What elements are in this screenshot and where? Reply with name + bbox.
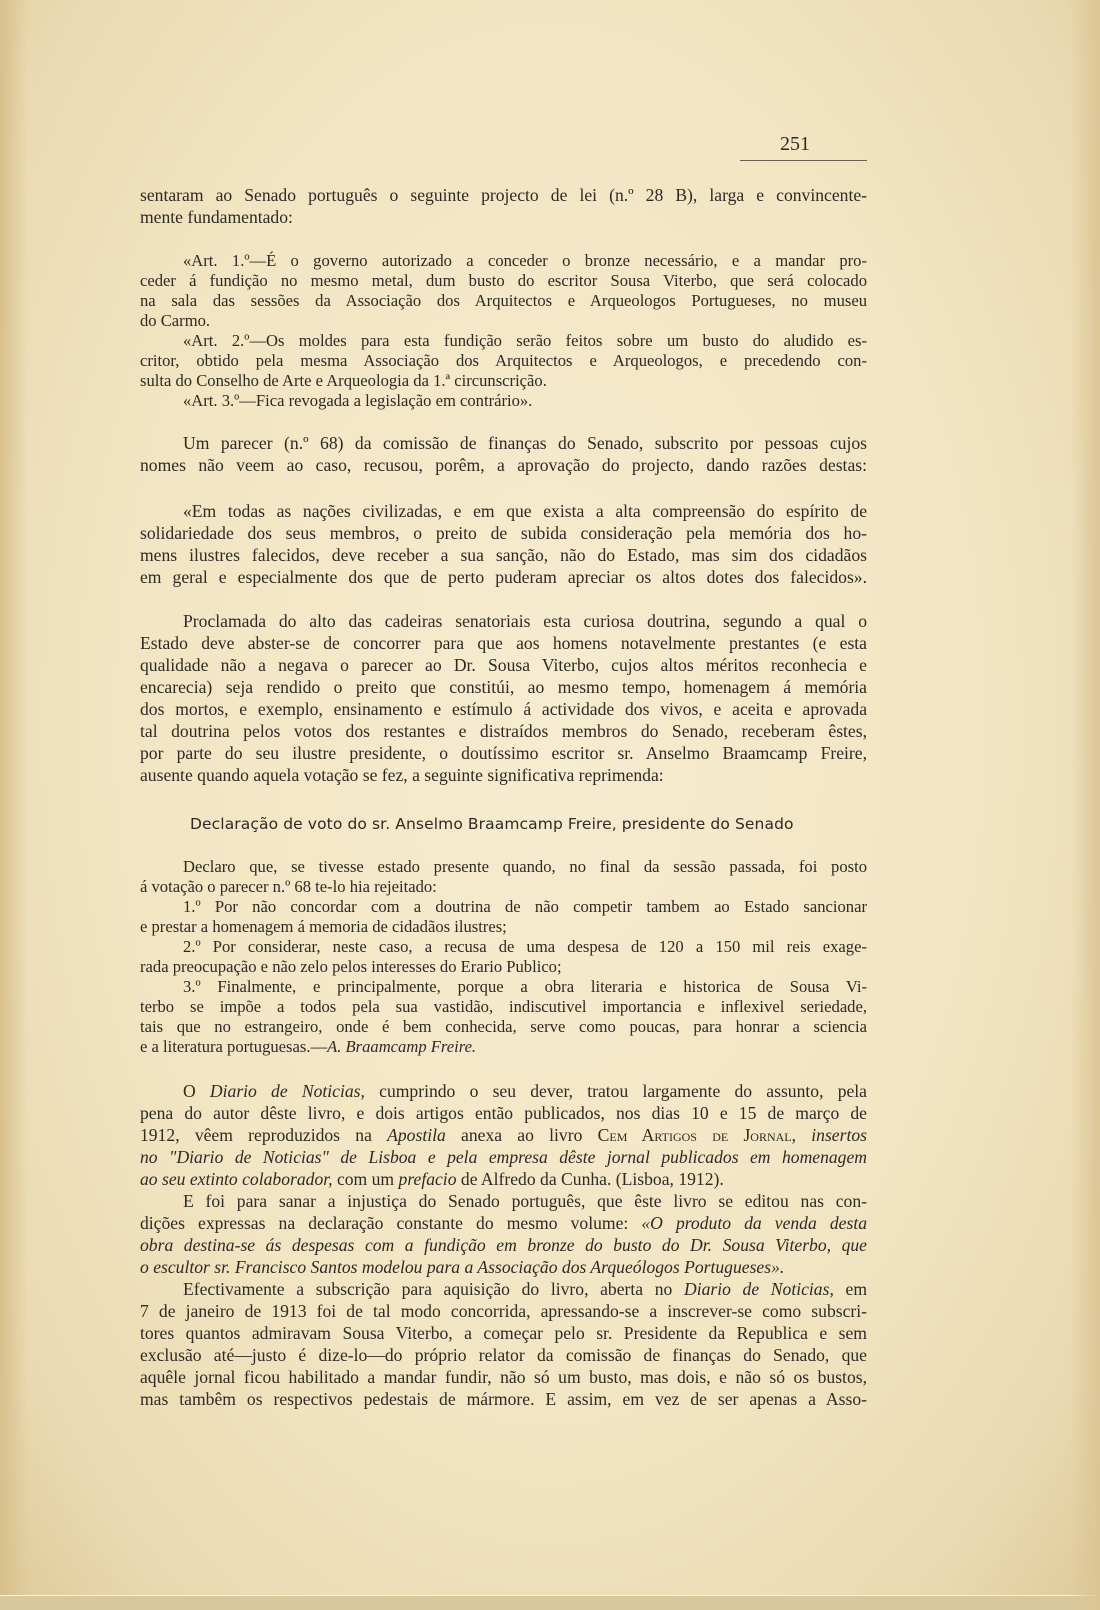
italic-text: obra destina-se ás despesas com a fundiç… bbox=[140, 1235, 867, 1255]
paragraph-line: exclusão até—justo é dize-lo—do próprio … bbox=[140, 1347, 867, 1365]
declaration-text: e a literatura portuguesas.— bbox=[140, 1037, 327, 1056]
declaration-line: Declaro que, se tivesse estado presente … bbox=[183, 859, 867, 876]
paragraph-line: E foi para sanar a injustiça do Senado p… bbox=[183, 1193, 867, 1211]
text: O bbox=[183, 1081, 210, 1101]
book-title: Apostila bbox=[387, 1125, 446, 1145]
article-line: sulta do Conselho de Arte e Arqueologia … bbox=[140, 373, 867, 390]
newspaper-title: Diario de Noticias, bbox=[210, 1081, 365, 1101]
paragraph-line: ao seu extinto colaborador, com um prefa… bbox=[140, 1171, 867, 1189]
text: 1912, vêem reproduzidos na bbox=[140, 1125, 387, 1145]
quote-line: solidariedade dos seus membros, o preito… bbox=[140, 525, 867, 543]
declaration-line: terbo se impõe a todos pela sua vastidão… bbox=[140, 999, 867, 1016]
intro-line: mente fundamentado: bbox=[140, 209, 867, 227]
italic-text: insertos bbox=[796, 1125, 867, 1145]
article-line: na sala das sessões da Associação dos Ar… bbox=[140, 293, 867, 310]
scanned-book-page: 251 sentaram ao Senado português o segui… bbox=[0, 0, 1100, 1610]
page-bottom-edge bbox=[0, 1595, 1100, 1610]
paragraph-line: Proclamada do alto das cadeiras senatori… bbox=[183, 613, 867, 631]
article-line: ceder á fundição no mesmo metal, dum bus… bbox=[140, 273, 867, 290]
paragraph-line: Efectivamente a subscrição para aquisiçã… bbox=[183, 1281, 867, 1299]
declaration-line: rada preocupação e não zelo pelos intere… bbox=[140, 959, 867, 976]
declaration-line: tais que no estrangeiro, onde é bem conh… bbox=[140, 1019, 867, 1036]
paragraph-line: o escultor sr. Francisco Santos modelou … bbox=[140, 1259, 867, 1277]
paragraph-line: por parte do seu ilustre presidente, o d… bbox=[140, 745, 867, 763]
declaration-line: 2.º Por considerar, neste caso, a recusa… bbox=[183, 939, 867, 956]
declaration-line: 3.º Finalmente, e principalmente, porque… bbox=[183, 979, 867, 996]
paragraph-line: 7 de janeiro de 1913 foi de tal modo con… bbox=[140, 1303, 867, 1321]
paragraph-line: 1912, vêem reproduzidos na Apostila anex… bbox=[140, 1127, 867, 1145]
intro-line: sentaram ao Senado português o seguinte … bbox=[140, 187, 867, 205]
paragraph-line: ausente quando aquela votação se fez, a … bbox=[140, 767, 867, 785]
paragraph-line: obra destina-se ás despesas com a fundiç… bbox=[140, 1237, 867, 1255]
article-line: «Art. 2.º—Os moldes para esta fundição s… bbox=[183, 333, 867, 350]
text: dições expressas na declaração constante… bbox=[140, 1213, 641, 1233]
declaration-line: e a literatura portuguesas.—A. Braamcamp… bbox=[140, 1039, 867, 1056]
italic-text: prefacio bbox=[399, 1169, 457, 1189]
section-heading: Declaração de voto do sr. Anselmo Braamc… bbox=[190, 815, 794, 833]
paragraph-line: tal doutrina pelos votos dos restantes e… bbox=[140, 723, 867, 741]
italic-text: «O produto da venda desta bbox=[641, 1213, 867, 1233]
quote-line: em geral e especialmente dos que de pert… bbox=[140, 569, 867, 587]
paragraph-line: encarecia) seja rendido o preito que con… bbox=[140, 679, 867, 697]
book-title-smallcaps: Cem Artigos de Jornal, bbox=[598, 1125, 796, 1145]
article-line: «Art. 1.º—É o governo autorizado a conce… bbox=[183, 253, 867, 270]
text: em bbox=[834, 1279, 867, 1299]
article-line: critor, obtido pela mesma Associação dos… bbox=[140, 353, 867, 370]
parecer-line: nomes não veem ao caso, recusou, porêm, … bbox=[140, 457, 867, 475]
italic-text: no "Diario de Noticias" de Lisboa e pela… bbox=[140, 1147, 867, 1167]
paragraph-line: tores quantos admiravam Sousa Viterbo, a… bbox=[140, 1325, 867, 1343]
paragraph-line: O Diario de Noticias, cumprindo o seu de… bbox=[183, 1083, 867, 1101]
paragraph-line: pena do autor dêste livro, e dois artigo… bbox=[140, 1105, 867, 1123]
quote-line: mens ilustres falecidos, deve receber a … bbox=[140, 547, 867, 565]
declaration-line: á votação o parecer n.º 68 te-lo hia rej… bbox=[140, 879, 867, 896]
signature: A. Braamcamp Freire. bbox=[327, 1037, 476, 1056]
declaration-line: e prestar a homenagem á memoria de cidad… bbox=[140, 919, 867, 936]
text: com um bbox=[333, 1169, 399, 1189]
quote-line: «Em todas as nações civilizadas, e em qu… bbox=[183, 503, 867, 521]
paragraph-line: aquêle jornal ficou habilitado a mandar … bbox=[140, 1369, 867, 1387]
text: cumprindo o seu dever, tratou largamente… bbox=[365, 1081, 867, 1101]
text: anexa ao livro bbox=[446, 1125, 598, 1145]
page-number-rule bbox=[740, 160, 867, 161]
paragraph-line: Estado deve abster-se de concorrer para … bbox=[140, 635, 867, 653]
paragraph-line: mas tambêm os respectivos pedestais de m… bbox=[140, 1391, 867, 1409]
paragraph-line: no "Diario de Noticias" de Lisboa e pela… bbox=[140, 1149, 867, 1167]
paragraph-line: dos mortos, e exemplo, ensinamento e est… bbox=[140, 701, 867, 719]
text: de Alfredo da Cunha. (Lisboa, 1912). bbox=[457, 1169, 724, 1189]
parecer-line: Um parecer (n.º 68) da comissão de finan… bbox=[183, 435, 867, 453]
page-number: 251 bbox=[780, 133, 810, 156]
paragraph-line: dições expressas na declaração constante… bbox=[140, 1215, 867, 1233]
declaration-line: 1.º Por não concordar com a doutrina de … bbox=[183, 899, 867, 916]
article-line: do Carmo. bbox=[140, 313, 867, 330]
text: Efectivamente a subscrição para aquisiçã… bbox=[183, 1279, 684, 1299]
italic-text: o escultor sr. Francisco Santos modelou … bbox=[140, 1257, 784, 1277]
paragraph-line: qualidade não a negava o parecer ao Dr. … bbox=[140, 657, 867, 675]
italic-text: ao seu extinto colaborador, bbox=[140, 1169, 333, 1189]
newspaper-title: Diario de Noticias, bbox=[684, 1279, 834, 1299]
article-line: «Art. 3.º—Fica revogada a legislação em … bbox=[183, 393, 867, 410]
